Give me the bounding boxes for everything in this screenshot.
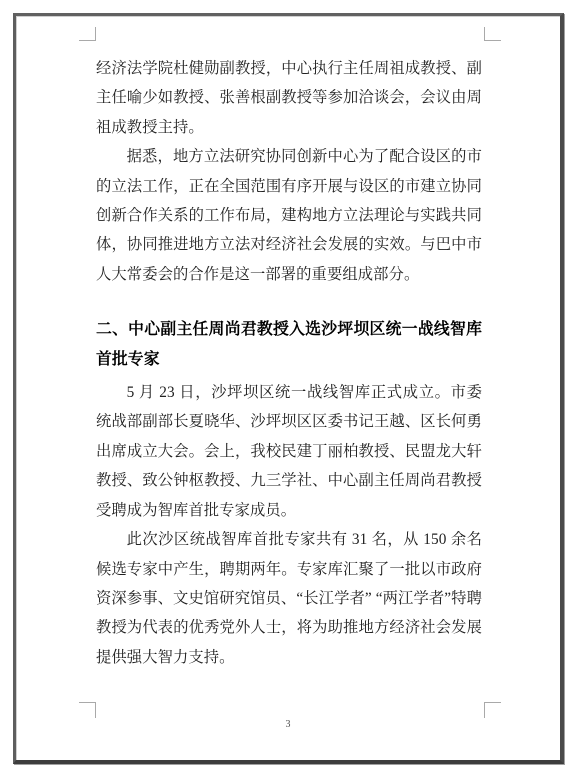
margin-mark-top-left [79, 27, 96, 41]
paragraph-event: 5 月 23 日，沙坪坝区统一战线智库正式成立。市委统战部副部长夏晓华、沙坪坝区… [96, 378, 482, 525]
section-heading: 二、中心副主任周尚君教授入选沙坪坝区统一战线智库首批专家 [96, 315, 482, 374]
margin-mark-bottom-right [484, 702, 501, 718]
margin-mark-bottom-left [79, 702, 96, 718]
page-number: 3 [16, 719, 560, 730]
document-page: 经济法学院杜健勋副教授，中心执行主任周祖成教授、副主任喻少如教授、张善根副教授等… [13, 13, 564, 764]
margin-mark-top-right [484, 27, 501, 41]
paragraph-continued: 经济法学院杜健勋副教授，中心执行主任周祖成教授、副主任喻少如教授、张善根副教授等… [96, 54, 482, 142]
body-text-area: 经济法学院杜健勋副教授，中心执行主任周祖成教授、副主任喻少如教授、张善根副教授等… [96, 54, 482, 672]
paragraph-background: 据悉，地方立法研究协同创新中心为了配合设区的市的立法工作，正在全国范围有序开展与… [96, 142, 482, 289]
paragraph-detail: 此次沙区统战智库首批专家共有 31 名，从 150 余名候选专家中产生，聘期两年… [96, 525, 482, 672]
